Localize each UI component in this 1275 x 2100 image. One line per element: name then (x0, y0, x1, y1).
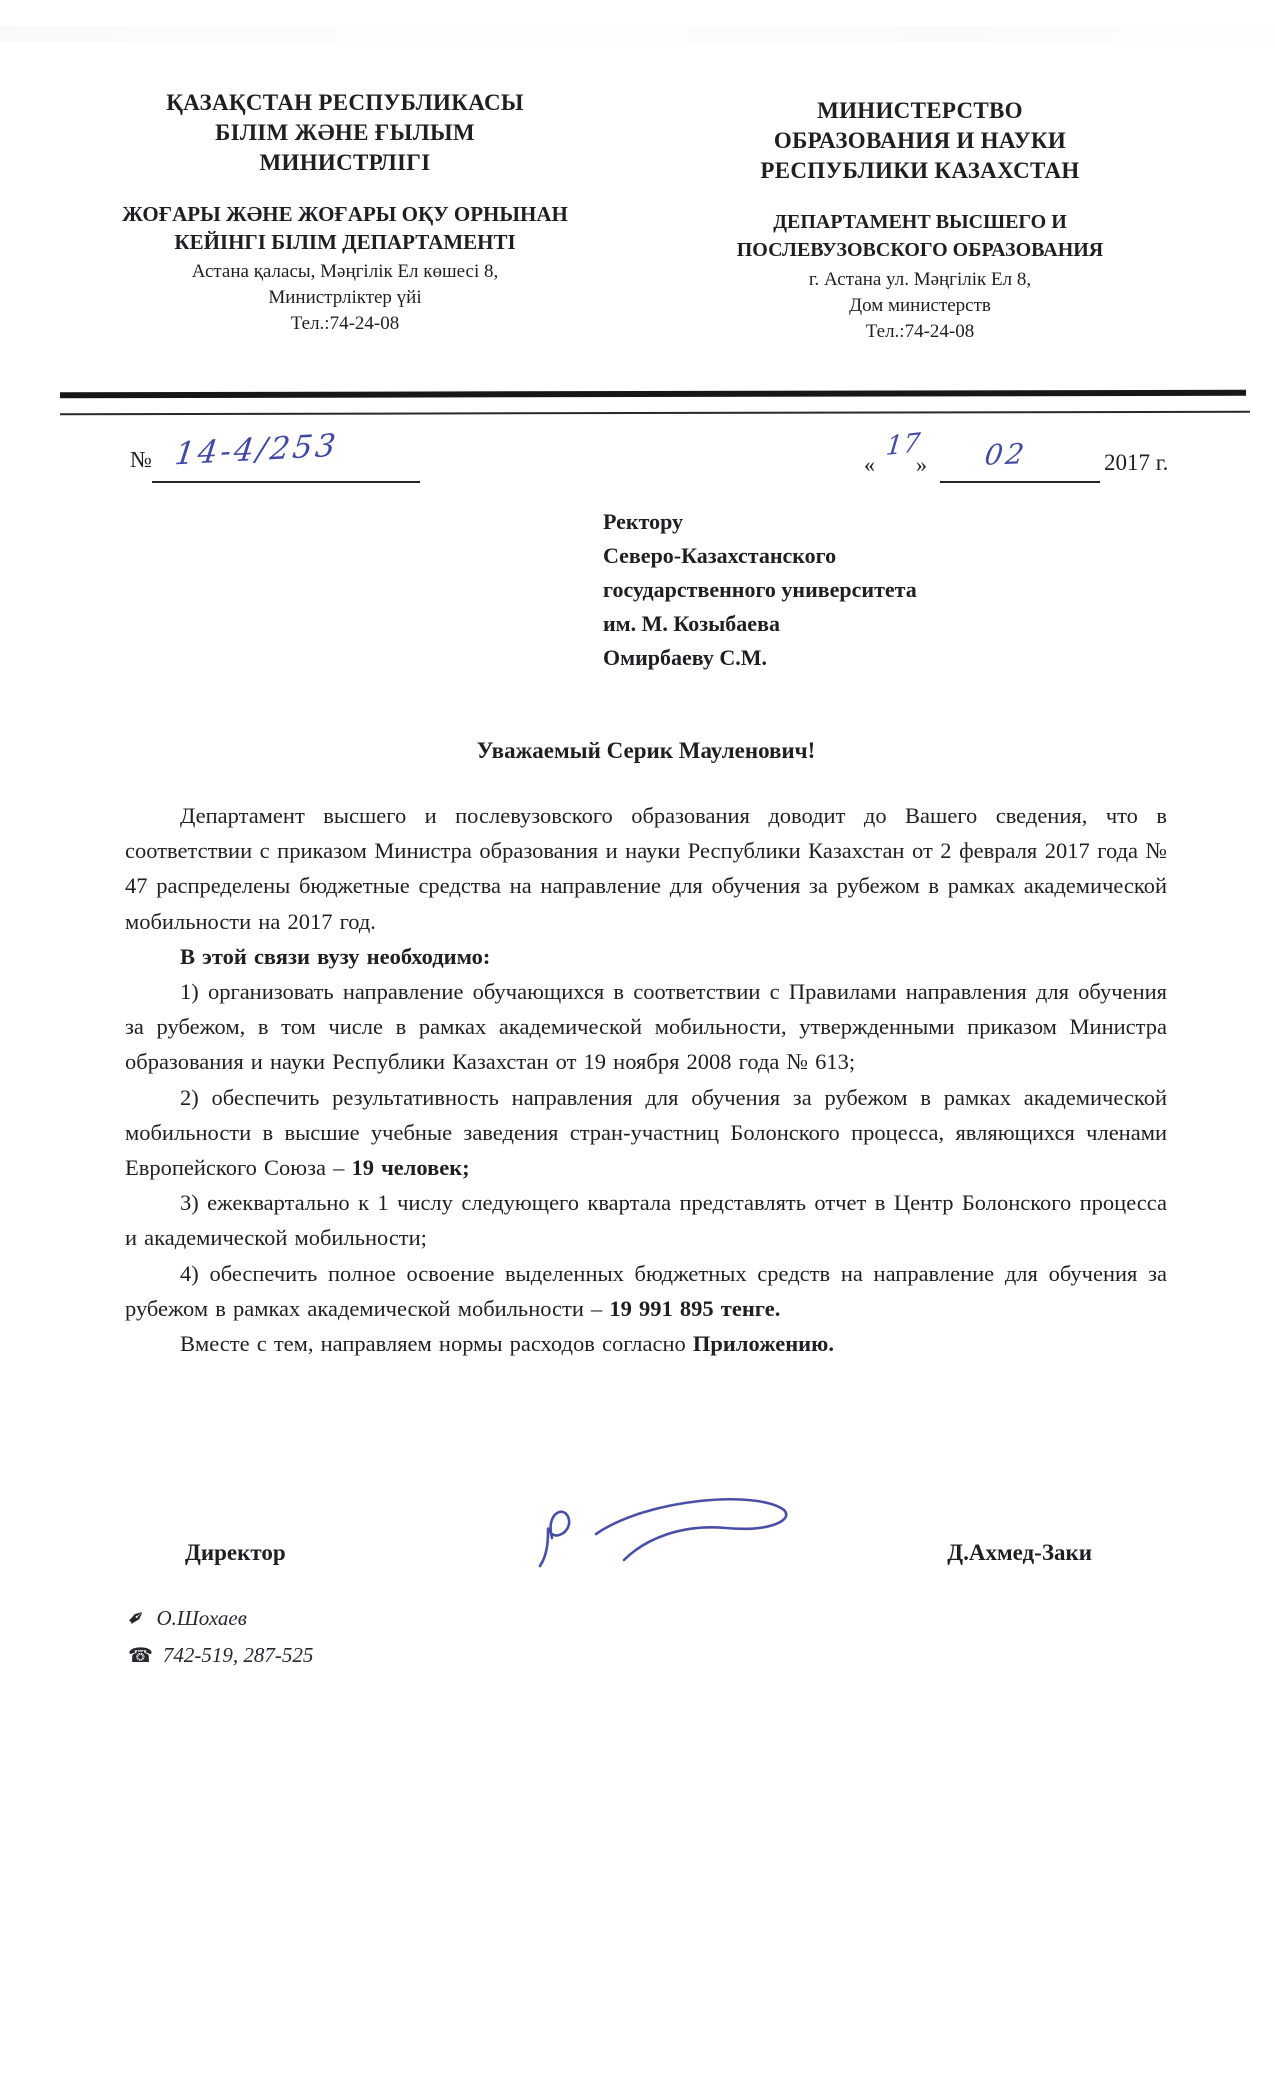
recipient-line: государственного университета (603, 573, 917, 607)
executor-block: ✒ О.Шохаев ☎ 742-519, 287-525 (128, 1600, 313, 1674)
salutation: Уважаемый Серик Мауленович! (125, 738, 1167, 764)
address-line: Тел.:74-24-08 (85, 311, 605, 337)
paragraph-intro: Департамент высшего и послевузовского об… (125, 798, 1167, 939)
date-month-handwritten: 02 (983, 437, 1029, 472)
executor-phones: 742-519, 287-525 (163, 1637, 314, 1674)
department-line: ПОСЛЕВУЗОВСКОГО ОБРАЗОВАНИЯ (660, 236, 1180, 264)
ministry-line: РЕСПУБЛИКИ КАЗАХСТАН (660, 156, 1180, 186)
phone-icon: ☎ (128, 1637, 153, 1674)
paragraph-bold-text: 19 человек; (351, 1155, 469, 1180)
scan-artifact-band (0, 26, 1275, 42)
paragraph-text: Вместе с тем, направляем нормы расходов … (180, 1331, 693, 1356)
letterhead-rule-thick (60, 390, 1246, 398)
address-line: Тел.:74-24-08 (660, 319, 1180, 345)
letterhead-kazakh: ҚАЗАҚСТАН РЕСПУБЛИКАСЫ БІЛІМ ЖӘНЕ ҒЫЛЫМ … (85, 88, 605, 337)
date-close-quote: » (916, 452, 927, 478)
signer-position: Директор (185, 1540, 286, 1566)
executor-phones-line: ☎ 742-519, 287-525 (128, 1637, 313, 1674)
executor-line: ✒ О.Шохаев (128, 1600, 313, 1637)
recipient-line: им. М. Козыбаева (603, 607, 917, 641)
paragraph-bold-text: В этой связи вузу необходимо: (180, 944, 490, 969)
address-kk: Астана қаласы, Мәңгілік Ел көшесі 8, Мин… (85, 259, 605, 337)
pen-icon: ✒ (118, 1598, 156, 1638)
reference-number-handwritten: 14-4/253 (173, 428, 340, 473)
paragraph-closing: Вместе с тем, направляем нормы расходов … (125, 1326, 1167, 1361)
paragraph-requirements-heading: В этой связи вузу необходимо: (125, 939, 1167, 974)
letterhead-rule-thin (60, 411, 1250, 415)
address-line: Дом министерств (660, 293, 1180, 319)
ministry-line: МИНИСТРЛІГІ (85, 148, 605, 178)
address-ru: г. Астана ул. Мәңгілік Ел 8, Дом министе… (660, 267, 1180, 345)
ministry-name-kk: ҚАЗАҚСТАН РЕСПУБЛИКАСЫ БІЛІМ ЖӘНЕ ҒЫЛЫМ … (85, 88, 605, 178)
date-open-quote: « (864, 452, 875, 478)
paragraph-bold-text: Приложению. (693, 1331, 834, 1356)
recipient-line: Омирбаеву С.М. (603, 641, 917, 675)
signature-ink-scribble (518, 1482, 818, 1582)
paragraph-item-4: 4) обеспечить полное освоение выделенных… (125, 1256, 1167, 1326)
ministry-line: МИНИСТЕРСТВО (660, 96, 1180, 126)
department-line: КЕЙІНГІ БІЛІМ ДЕПАРТАМЕНТІ (85, 228, 605, 256)
reference-underline (152, 481, 420, 483)
address-line: г. Астана ул. Мәңгілік Ел 8, (660, 267, 1180, 293)
paragraph-bold-text: 19 991 895 тенге. (609, 1296, 780, 1321)
paragraph-item-1: 1) организовать направление обучающихся … (125, 974, 1167, 1080)
paragraph-item-3: 3) ежеквартально к 1 числу следующего кв… (125, 1185, 1167, 1255)
letter-body: Департамент высшего и послевузовского об… (125, 798, 1167, 1361)
address-line: Министрліктер үйі (85, 285, 605, 311)
signer-name: Д.Ахмед-Заки (947, 1540, 1092, 1566)
ministry-line: ҚАЗАҚСТАН РЕСПУБЛИКАСЫ (85, 88, 605, 118)
executor-name: О.Шохаев (156, 1600, 246, 1637)
department-line: ДЕПАРТАМЕНТ ВЫСШЕГО И (660, 208, 1180, 236)
date-year: 2017 г. (1104, 450, 1168, 476)
paragraph-item-2: 2) обеспечить результативность направлен… (125, 1080, 1167, 1186)
paragraph-text: 2) обеспечить результативность направлен… (125, 1085, 1167, 1180)
ministry-name-ru: МИНИСТЕРСТВО ОБРАЗОВАНИЯ И НАУКИ РЕСПУБЛ… (660, 96, 1180, 186)
ministry-line: БІЛІМ ЖӘНЕ ҒЫЛЫМ (85, 118, 605, 148)
ministry-line: ОБРАЗОВАНИЯ И НАУКИ (660, 126, 1180, 156)
paragraph-text: 1) организовать направление обучающихся … (125, 979, 1167, 1074)
letterhead-russian: МИНИСТЕРСТВО ОБРАЗОВАНИЯ И НАУКИ РЕСПУБЛ… (660, 96, 1180, 345)
department-line: ЖОҒАРЫ ЖӘНЕ ЖОҒАРЫ ОҚУ ОРНЫНАН (85, 200, 605, 228)
department-name-ru: ДЕПАРТАМЕНТ ВЫСШЕГО И ПОСЛЕВУЗОВСКОГО ОБ… (660, 208, 1180, 264)
recipient-line: Северо-Казахстанского (603, 539, 917, 573)
scanned-letter-page: ҚАЗАҚСТАН РЕСПУБЛИКАСЫ БІЛІМ ЖӘНЕ ҒЫЛЫМ … (0, 0, 1275, 2100)
reference-number-label: № (130, 447, 152, 473)
date-underline (940, 481, 1100, 483)
recipient-line: Ректору (603, 505, 917, 539)
paragraph-text: 3) ежеквартально к 1 числу следующего кв… (125, 1190, 1167, 1250)
paragraph-text: Департамент высшего и послевузовского об… (125, 803, 1167, 934)
department-name-kk: ЖОҒАРЫ ЖӘНЕ ЖОҒАРЫ ОҚУ ОРНЫНАН КЕЙІНГІ Б… (85, 200, 605, 256)
recipient-block: Ректору Северо-Казахстанского государств… (603, 505, 917, 675)
address-line: Астана қаласы, Мәңгілік Ел көшесі 8, (85, 259, 605, 285)
